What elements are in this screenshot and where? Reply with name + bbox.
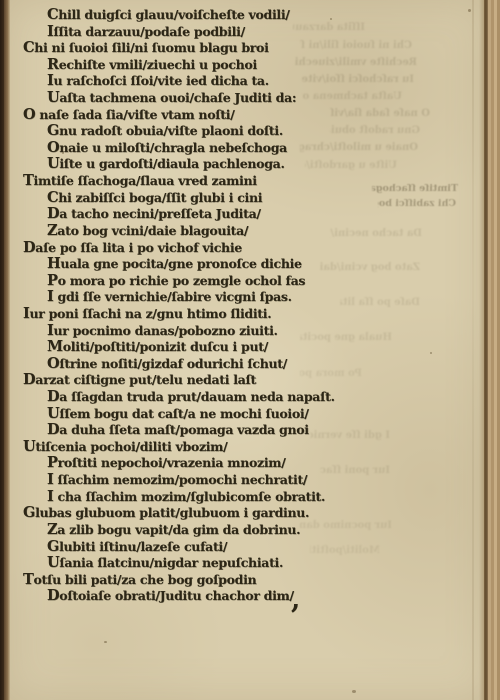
verse-line: Da tacho necini/preſſeta Judita/ xyxy=(9,205,389,222)
verse-line: I ſſachim nemozim/pomochi nechratit/ xyxy=(9,471,389,488)
verse-line: Onaie u miloſti/chragla nebeſchoga xyxy=(9,139,389,156)
verse-line: Timtiſe ſſachoga/ſlaua vred zamini xyxy=(9,172,389,189)
book-page-scan: Iſſita darzauu/podaſe podbili/Chi ni ſuo… xyxy=(0,0,500,700)
verse-line: Utiſcenia pochoi/diliti vbozim/ xyxy=(9,438,389,455)
paper-speck xyxy=(104,641,107,643)
verse-lines: Chill duigſci glauu/voiſcheſte vodili/Iſ… xyxy=(9,6,389,604)
leaf-stack-edge xyxy=(488,0,500,700)
verse-line: Uſania ſlatcinu/nigdar nepuſchiati. xyxy=(9,554,389,571)
verse-line: I cha ſſachim mozim/ſglubicomſe obratit. xyxy=(9,488,389,505)
verse-line: Po mora po richie po zemgle ochol fas xyxy=(9,272,389,289)
verse-line: Iu raſchoſci ſſoi/vite ied dicha ta. xyxy=(9,72,389,89)
verse-line: Iur poni ſſachi na z/gnu htimo ſliditi. xyxy=(9,305,389,322)
verse-line: O naſe ſada ſia/viſte vtam noſti/ xyxy=(9,106,389,123)
paper-speck xyxy=(330,18,332,20)
verse-line: Chi zabiſſci boga/ſſit glubi i cini xyxy=(9,189,389,206)
verse-line: Uaſta tachmena ouoi/chaſe Juditi da: xyxy=(9,89,389,106)
verse-line: Totſu bili pati/za che bog goſpodin xyxy=(9,571,389,588)
verse-line: Chi ni ſuoioi ſili/ni ſuomu blagu broi xyxy=(9,39,389,56)
verse-line: I gdi ſſe vernichie/ſabire vicgni ſpas. xyxy=(9,288,389,305)
catchword-mark: , xyxy=(291,586,300,613)
scan-left-edge xyxy=(0,0,4,700)
verse-line: Glubiti iſtinu/lazeſe cufati/ xyxy=(9,538,389,555)
verse-line: Da ſſagdan truda prut/dauam neda napaſt. xyxy=(9,388,389,405)
verse-line: Doſtoiaſe obrati/Juditu chachor dim/ xyxy=(9,587,389,604)
paper-speck xyxy=(62,152,64,154)
verse-line: Oſtrine noſiti/gizdaf odurichi ſchut/ xyxy=(9,355,389,372)
verse-line: Moliti/poſtiti/ponizit duſcu i put/ xyxy=(9,338,389,355)
verse-line: Iur pocnimo danas/pobozno ziuiti. xyxy=(9,322,389,339)
page-crease xyxy=(472,0,474,700)
paper-speck xyxy=(430,352,432,354)
verse-line: Proſtiti nepochoi/vrazenia mnozim/ xyxy=(9,454,389,471)
verse-line: Gnu radoſt obuia/viſte plaoni doſti. xyxy=(9,122,389,139)
verse-line: Uſſem bogu dat caſt/a ne mochi ſuoioi/ xyxy=(9,405,389,422)
verse-line: Darzat ciſtigne put/telu nedati laſt xyxy=(9,371,389,388)
verse-line: Daſe po ſſa lita i po vichof vichie xyxy=(9,239,389,256)
verse-line: Huala gne pocita/gne pronoſce dichie xyxy=(9,255,389,272)
verse-line: Chill duigſci glauu/voiſcheſte vodili/ xyxy=(9,6,389,23)
verse-line: Da duha ſſeta maſt/pomaga vazda gnoi xyxy=(9,421,389,438)
verse-line: Uiſte u gardoſti/diaula pachlenoga. xyxy=(9,155,389,172)
paper-speck xyxy=(468,9,471,12)
binding-gutter xyxy=(4,0,10,700)
verse-line: Iſſita darzauu/podaſe podbili/ xyxy=(9,23,389,40)
paper-speck xyxy=(352,690,356,693)
verse-line: Rechiſte vmili/ziuechi u pochoi xyxy=(9,56,389,73)
verse-line: Zato bog vcini/daie blagouita/ xyxy=(9,222,389,239)
verse-line: Glubas glubuom platit/glubuom i gardinu. xyxy=(9,504,389,521)
verse-line: Za zlib bogu vapit/da gim da dobrinu. xyxy=(9,521,389,538)
